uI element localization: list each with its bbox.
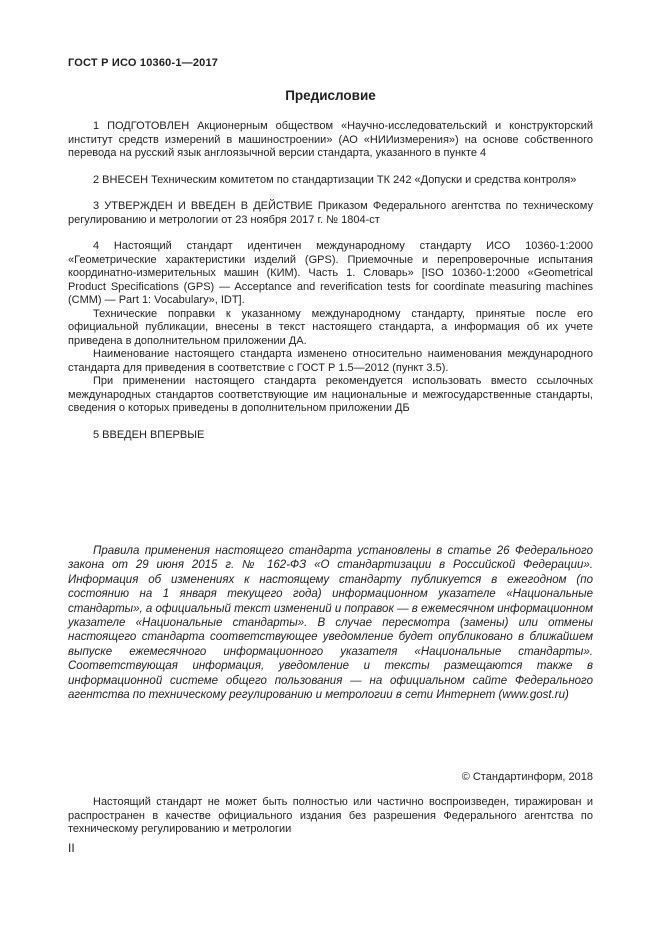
foreword-item-2: 2 ВНЕСЕН Техническим комитетом по станда… [68, 174, 593, 188]
page-title: Предисловие [0, 88, 661, 103]
page-number: II [68, 841, 75, 855]
foreword-item-1: 1 ПОДГОТОВЛЕН Акционерным обществом «Нау… [68, 120, 593, 161]
foreword-item-5: 5 ВВЕДЕН ВПЕРВЫЕ [68, 429, 593, 443]
foreword-item-4-note-3: При применении настоящего стандарта реко… [68, 375, 593, 416]
copyright-notice: © Стандартинформ, 2018 [462, 771, 593, 783]
document-page: ГОСТ Р ИСО 10360-1—2017 Предисловие 1 ПО… [0, 0, 661, 935]
legal-application-notice: Правила применения настоящего стандарта … [68, 544, 593, 702]
foreword-item-4-note-2: Наименование настоящего стандарта измене… [68, 348, 593, 375]
foreword-item-3: 3 УТВЕРЖДЕН И ВВЕДЕН В ДЕЙСТВИЕ Приказом… [68, 200, 593, 227]
standard-designation: ГОСТ Р ИСО 10360-1—2017 [68, 57, 218, 69]
foreword-item-4-note-1: Технические поправки к указанному междун… [68, 308, 593, 349]
distribution-restriction-notice: Настоящий стандарт не может быть полност… [68, 796, 593, 837]
foreword-item-4: 4 Настоящий стандарт идентичен междунаро… [68, 240, 593, 308]
foreword-section: 1 ПОДГОТОВЛЕН Акционерным обществом «Нау… [68, 120, 593, 442]
